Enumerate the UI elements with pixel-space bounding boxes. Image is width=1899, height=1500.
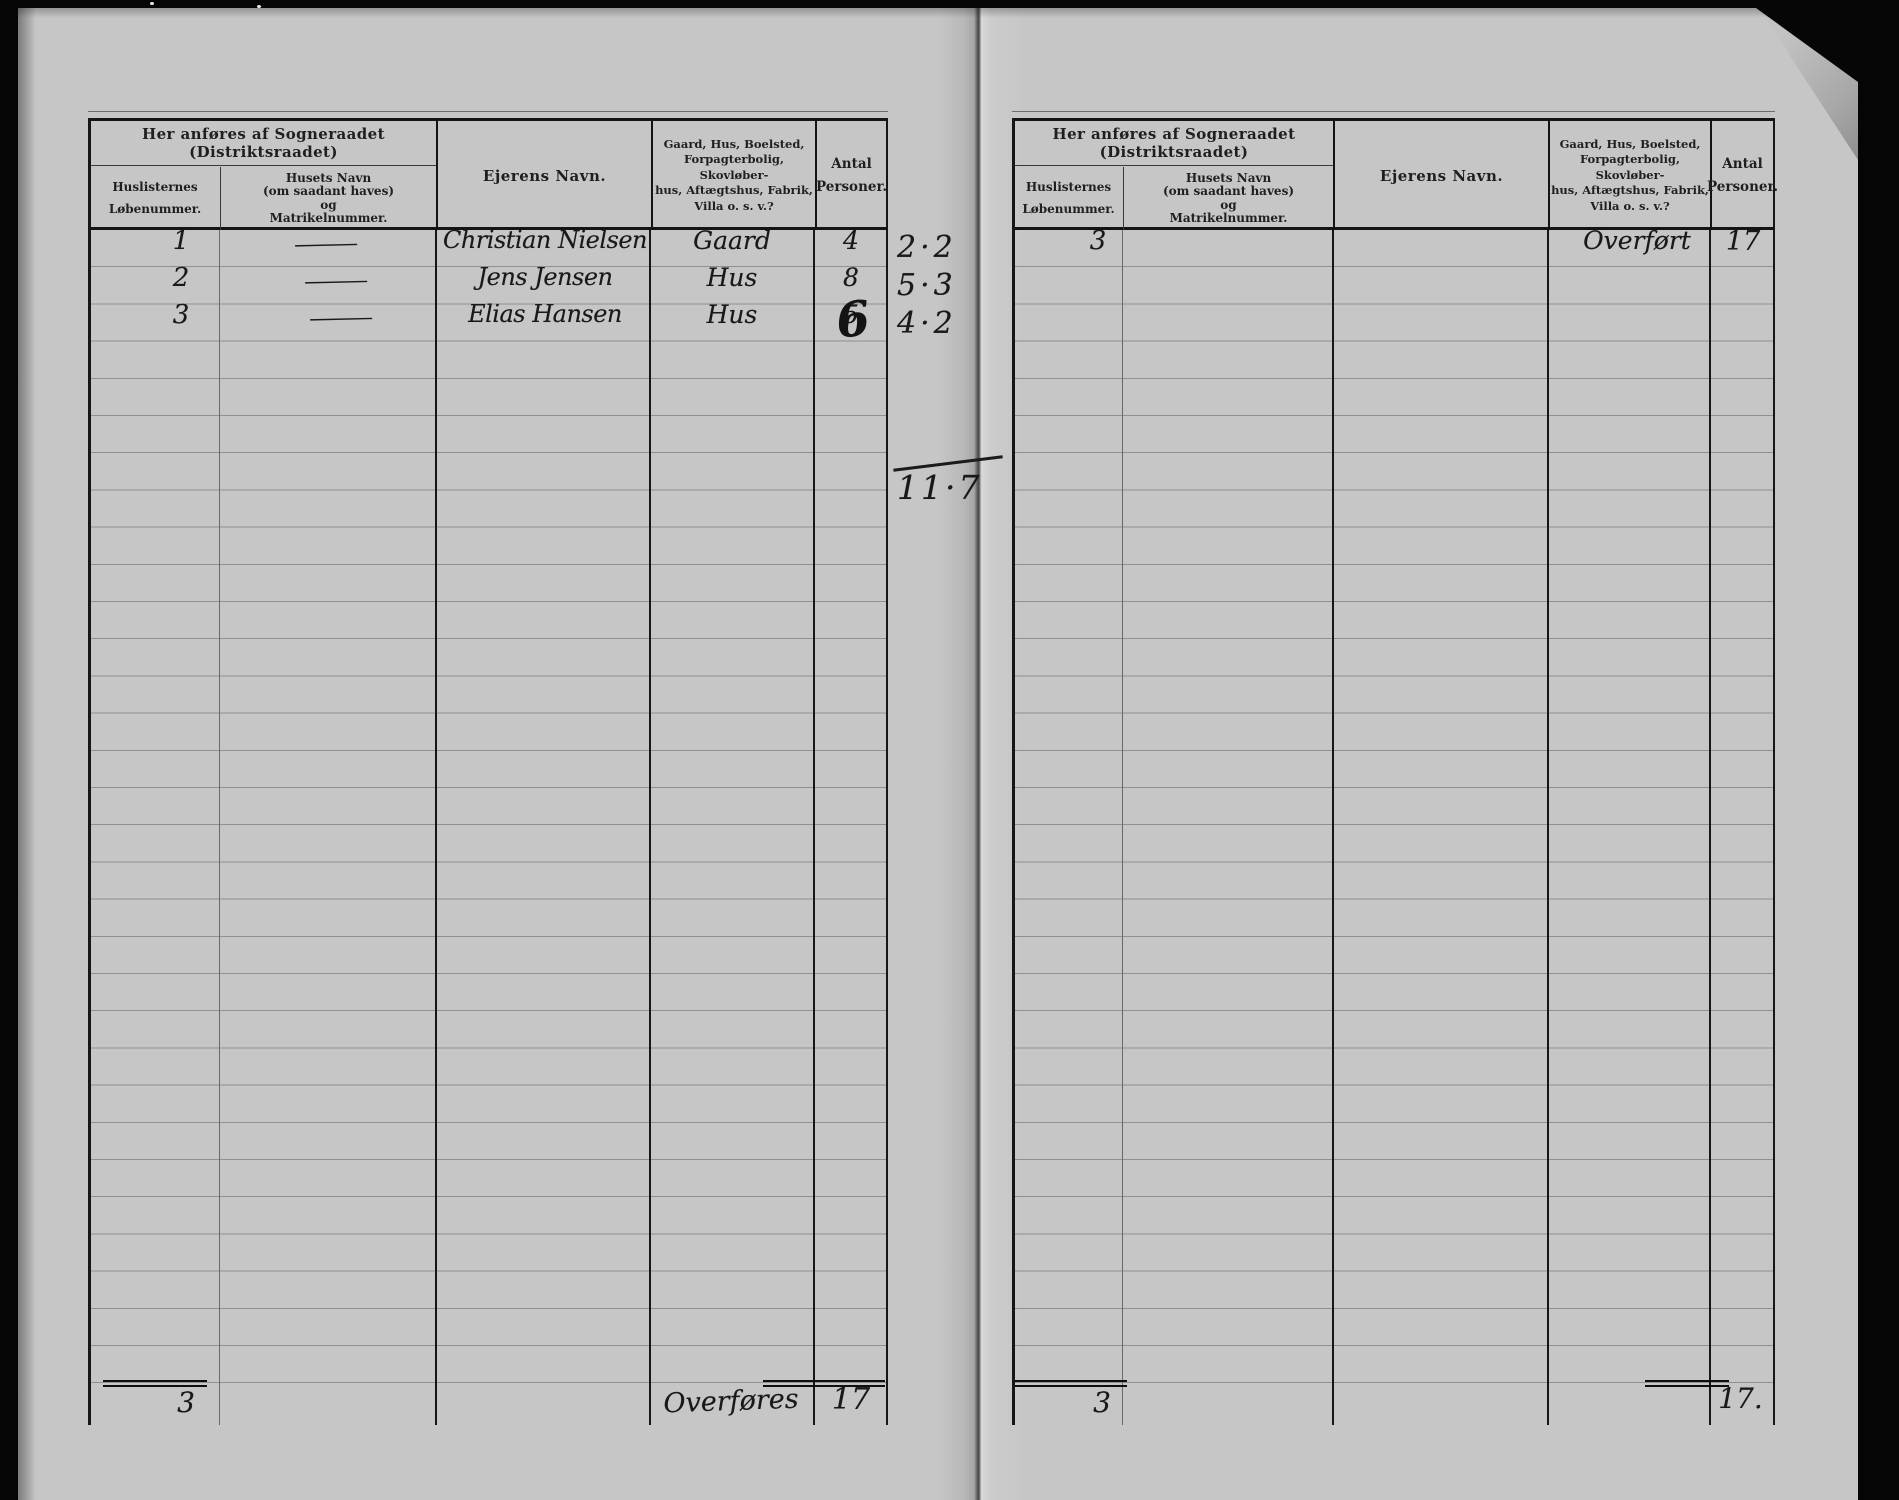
header-line: Ejerens Navn. [483, 167, 606, 185]
carried-over-total-handwritten: 17 [1709, 226, 1777, 257]
header-line: Gaard, Hus, Boelsted, [1560, 137, 1701, 153]
header-line: Huslisternes [112, 180, 197, 195]
header-line: Husets Navn [286, 172, 371, 186]
house-name-dash: — [276, 232, 376, 257]
footer-number-handwritten: 3 [1067, 1386, 1137, 1419]
header-line: Her anføres af Sogneraadet (Distriktsraa… [1015, 125, 1333, 161]
header-line: Villa o. s. v.? [1590, 199, 1670, 215]
header-line: Forpagterbolig, Skovløber- [653, 152, 815, 183]
dust-speck [150, 2, 154, 5]
person-count-handwritten: 8 [813, 263, 889, 292]
person-count-handwritten: 4 [813, 226, 889, 255]
ruled-row-lines [91, 230, 886, 1384]
house-name-dash: — [291, 306, 391, 331]
dwelling-type-handwritten: Hus [651, 300, 813, 329]
row-number-handwritten: 1 [146, 226, 216, 256]
header-line: og [320, 199, 336, 213]
column-divider [649, 230, 651, 1425]
header-line: Løbenummer. [1022, 202, 1114, 217]
header-line: Villa o. s. v.? [694, 199, 774, 215]
row-number-handwritten: 3 [146, 300, 216, 330]
header-sogneraadet-span: Her anføres af Sogneraadet (Distriktsraa… [91, 121, 436, 166]
census-table-left: Her anføres af Sogneraadet (Distriktsraa… [88, 118, 888, 1425]
table-top-thin-rule [88, 111, 888, 112]
dwelling-type-handwritten: Hus [651, 263, 813, 292]
header-line: hus, Aftægtshus, Fabrik, [655, 183, 813, 199]
carried-over-label-handwritten: Overført [1563, 226, 1711, 255]
header-line: Gaard, Hus, Boelsted, [664, 137, 805, 153]
header-line: (om saadant haves) [263, 185, 394, 199]
row-number-handwritten: 3 [1063, 226, 1133, 256]
owner-name-handwritten: Jens Jensen [439, 263, 651, 291]
column-divider [1547, 230, 1549, 1425]
header-col-huslisternes: Huslisternes Løbenummer. [1015, 167, 1122, 230]
scan-background: Her anføres af Sogneraadet (Distriktsraa… [0, 0, 1899, 1500]
header-line: Matrikelnummer. [270, 212, 388, 226]
header-line: (om saadant haves) [1163, 185, 1294, 199]
margin-tally-handwritten: 5·3 [897, 268, 993, 303]
header-line: Forpagterbolig, Skovløber- [1550, 152, 1710, 183]
header-line: Ejerens Navn. [1380, 167, 1503, 185]
table-body: 3 Overført 17 3 17. [1015, 230, 1773, 1425]
header-line: hus, Aftægtshus, Fabrik, [1551, 183, 1709, 199]
footer-number-handwritten: 3 [151, 1386, 221, 1419]
header-line: Antal [831, 153, 871, 176]
header-sogneraadet-span: Her anføres af Sogneraadet (Distriktsraa… [1015, 121, 1333, 166]
header-line: Løbenummer. [109, 202, 201, 217]
table-body: 1 — Christian Nielsen Gaard 4 2 — Jens J… [91, 230, 886, 1425]
column-divider [1122, 230, 1123, 1425]
header-col-husets-navn: Husets Navn (om saadant haves) og Matrik… [220, 167, 436, 230]
table-top-thin-rule [1012, 111, 1775, 112]
header-line: Huslisternes [1026, 180, 1111, 195]
column-divider [813, 230, 815, 1425]
margin-tally-handwritten: 4·2 [897, 306, 993, 341]
carry-forward-total-handwritten: 17 [813, 1382, 889, 1417]
row-number-handwritten: 2 [146, 263, 216, 293]
header-line: Matrikelnummer. [1170, 212, 1288, 226]
ruled-row-lines [1015, 230, 1773, 1384]
header-line: Personer. [1707, 176, 1778, 199]
header-col-ejerens-navn: Ejerens Navn. [436, 121, 651, 230]
census-table-right: Her anføres af Sogneraadet (Distriktsraa… [1012, 118, 1775, 1425]
column-divider [435, 230, 437, 1425]
column-divider [219, 230, 220, 1425]
header-col-ejerens-navn: Ejerens Navn. [1333, 121, 1548, 230]
margin-tally-handwritten: 2·2 [897, 230, 993, 265]
dust-speck [257, 5, 261, 8]
header-line: Antal [1722, 153, 1762, 176]
header-col-antal-personer: Antal Personer. [815, 121, 886, 230]
scanned-book-page: Her anføres af Sogneraadet (Distriktsraa… [18, 8, 1858, 1500]
carry-forward-label-handwritten: Overføres [651, 1383, 812, 1420]
house-name-dash: — [286, 269, 386, 294]
header-col-dwelling-type: Gaard, Hus, Boelsted, Forpagterbolig, Sk… [1548, 121, 1710, 230]
header-line: Her anføres af Sogneraadet (Distriktsraa… [91, 125, 436, 161]
header-col-dwelling-type: Gaard, Hus, Boelsted, Forpagterbolig, Sk… [651, 121, 815, 230]
table-header: Her anføres af Sogneraadet (Distriktsraa… [1015, 118, 1773, 230]
column-divider [1709, 230, 1711, 1425]
header-line: Personer. [816, 176, 887, 199]
dwelling-type-handwritten: Gaard [651, 226, 813, 255]
margin-total-handwritten: 11·7 [897, 468, 1007, 507]
header-col-husets-navn: Husets Navn (om saadant haves) og Matrik… [1123, 167, 1333, 230]
table-header: Her anføres af Sogneraadet (Distriktsraa… [91, 118, 886, 230]
column-divider [1332, 230, 1334, 1425]
footer-total-handwritten: 17. [1703, 1382, 1778, 1415]
person-count-correction-handwritten: 6 [814, 288, 891, 351]
header-line: Husets Navn [1186, 172, 1271, 186]
header-line: og [1220, 199, 1236, 213]
header-col-huslisternes: Huslisternes Løbenummer. [91, 167, 219, 230]
owner-name-handwritten: Elias Hansen [439, 300, 651, 328]
owner-name-handwritten: Christian Nielsen [439, 226, 651, 254]
header-col-antal-personer: Antal Personer. [1710, 121, 1773, 230]
